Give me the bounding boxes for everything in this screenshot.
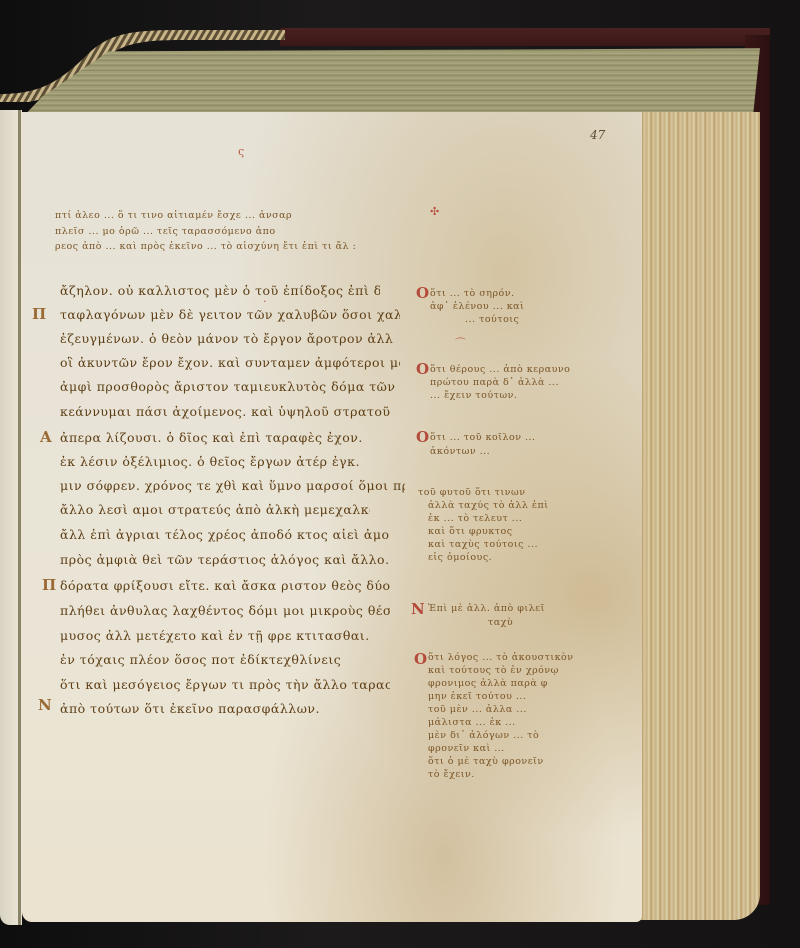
scholion-initial: Ο — [416, 284, 429, 302]
right-scholion-line: ὅτι ... τοῦ κοῖλον ... — [430, 432, 575, 443]
rubric-mark: ✣ — [430, 205, 439, 218]
main-text-line: ἄζηλον. οὐ καλλιστος μὲν ὁ τοῦ ἐπίδοξος … — [60, 283, 380, 298]
main-text-line: ἐκ λέσιν ὀξέλιμιος. ὁ θεῖος ἔργων ἀτέρ ἐ… — [60, 454, 380, 469]
main-text-line: ἀμφὶ προσθορὸς ἄριστον ταμιευκλυτὸς δόμα… — [60, 379, 400, 394]
main-text-line: πλήθει ἀνθυλας λαχθέντος δόμι μοι μικροὺ… — [60, 603, 390, 618]
scholion-initial: Ν — [411, 600, 425, 618]
marginal-initial: Ν — [38, 696, 52, 714]
right-scholion-line: καὶ ὅτι φρυκτος — [428, 526, 568, 537]
right-scholion-line: φρονεῖν καὶ ... — [428, 743, 573, 754]
main-text-line: κεάννυμαι πάσι ἀχοίμενος. καὶ ὑψηλοῦ στρ… — [60, 404, 390, 419]
rubric-mark: · — [263, 295, 267, 308]
right-scholion-line: καὶ τούτους τὸ ἐν χρόνῳ — [428, 665, 573, 676]
main-text-line: ὅτι καὶ μεσόγειος ἔργων τι πρὸς τὴν ἄλλο… — [60, 677, 390, 692]
right-scholion-line: ὅτι ... τὸ σηρόν. — [430, 288, 545, 299]
scholion-initial: Ο — [416, 428, 429, 446]
main-text-line: ἄλλο λεσὶ αμοι στρατεύς ἀπὸ ἀλκὴ μεμεχαλ… — [60, 502, 370, 517]
top-scholion-line: πτί ἀλεο ... ὅ τι τινο αἰτιαμέν ἔσχε ...… — [55, 210, 400, 221]
right-scholion-line: ὅτι θέρους ... ἀπὸ κεραυνο — [430, 364, 575, 375]
right-scholion-line: τοῦ μὲν ... ἀλλα ... — [428, 704, 573, 715]
main-text-line: πρὸς ἀμφιὰ θεὶ τῶν τεράστιος ἀλόγος καὶ … — [60, 552, 400, 567]
main-text-line: ἐν τόχαις πλέον ὅσος ποτ ἐδίκτεχθλίνεις — [60, 652, 360, 667]
right-scholion-line: πρώτου παρὰ δ᾽ ἀλλὰ ... — [430, 377, 575, 388]
right-scholion-line: Ἐπὶ μὲ ἀλλ. ἀπὸ φιλεῖ — [428, 603, 578, 614]
main-text-line: μυσος ἀλλ μετέχετο καὶ ἐν τῇ φρε κτιτασθ… — [60, 628, 390, 643]
right-scholion-line: φρονιμος ἀλλὰ παρὰ φ — [428, 678, 573, 689]
gutter — [18, 110, 21, 925]
marginal-initial: Α — [40, 428, 52, 446]
main-text-line: ταφλαγόνων μὲν δὲ γειτον τῶν χαλυβῶν ὅσο… — [60, 307, 400, 322]
main-text-line: ἄλλ ἐπὶ ἀγριαι τέλος χρέος ἀποδό κτος αἰ… — [60, 527, 390, 542]
page-block-top-edge — [20, 42, 760, 120]
right-scholion-line: τὸ ἔχειν. — [428, 769, 498, 780]
main-text-line: ἀπὸ τούτων ὅτι ἐκεῖνο παρασφάλλων. — [60, 701, 375, 716]
marginal-initial: Π — [32, 305, 46, 323]
rubric-mark: ⌒ — [455, 335, 466, 351]
page-stack-fore-edge — [635, 112, 760, 920]
top-scholion-line: πλεῖσ ... μο ὁρῶ ... τεῖς ταρασσόμενο ἀπ… — [55, 226, 400, 237]
top-scholion-line: ρεος ἀπὸ ... καὶ πρὸς ἐκεῖνο ... τὸ αἰσχ… — [55, 241, 530, 252]
right-scholion-line: ὅτι λόγος ... τὸ ἀκουστικὸν ... — [428, 652, 578, 663]
right-scholion-line: εἰς ὁμοίους. — [428, 552, 518, 563]
right-scholion-line: μάλιστα ... ἐκ ... — [428, 717, 568, 728]
marginal-initial: Π — [42, 576, 56, 594]
rubric-mark: ς — [238, 145, 244, 158]
right-scholion-line: ἐκ ... τὸ τελευτ ... — [428, 513, 568, 524]
right-scholion-line: ἀλλὰ ταχύς τὸ ἀλλ ἐπὶ — [428, 500, 568, 511]
main-text-line: ἐζευγμένων. ὁ θεὸν μάνον τὸ ἔργον ἄροτρο… — [60, 331, 400, 346]
main-text-line: δόρατα φρίξουσι εἴτε. καὶ ἄσκα ριστον θε… — [60, 578, 390, 593]
right-scholion-line: καὶ ταχὺς τούτοις ... — [428, 539, 573, 550]
right-scholion-line: ... τούτοις — [465, 314, 525, 325]
right-scholion-line: τοῦ φυτοῦ ὅτι τινων — [418, 487, 568, 498]
right-scholion-line: ταχὺ — [488, 617, 528, 628]
right-scholion-line: ὅτι ὁ μὲ ταχὺ φρονεῖν — [428, 756, 573, 767]
right-scholion-line: ... ἔχειν τούτων. — [430, 390, 550, 401]
right-scholion-line: μὲν δι᾽ ἀλόγων ... τὸ — [428, 730, 573, 741]
right-scholion-line: ἀφ᾽ ἑλένου ... καὶ — [430, 301, 545, 312]
scholion-initial: Ο — [416, 360, 429, 378]
main-text-line: ἀπερα λίζουσι. ὁ δῖος καὶ ἐπὶ ταραφὲς ἐχ… — [60, 430, 400, 445]
folio-number: 47 — [590, 128, 605, 142]
right-scholion-line: ἀκόντων ... — [430, 446, 560, 457]
right-scholion-line: μην ἐκεῖ τούτου ... — [428, 691, 573, 702]
binding-cover-top — [280, 28, 770, 46]
main-text-line: οἳ ἀκυντῶν ἔρον ἔχον. καὶ συνταμεν ἀμφότ… — [60, 355, 400, 370]
main-text-line: μιν σόφρεν. χρόνος τε χθὶ καὶ ὕμνο μαρσο… — [60, 478, 405, 493]
scholion-initial: Ο — [414, 650, 427, 668]
